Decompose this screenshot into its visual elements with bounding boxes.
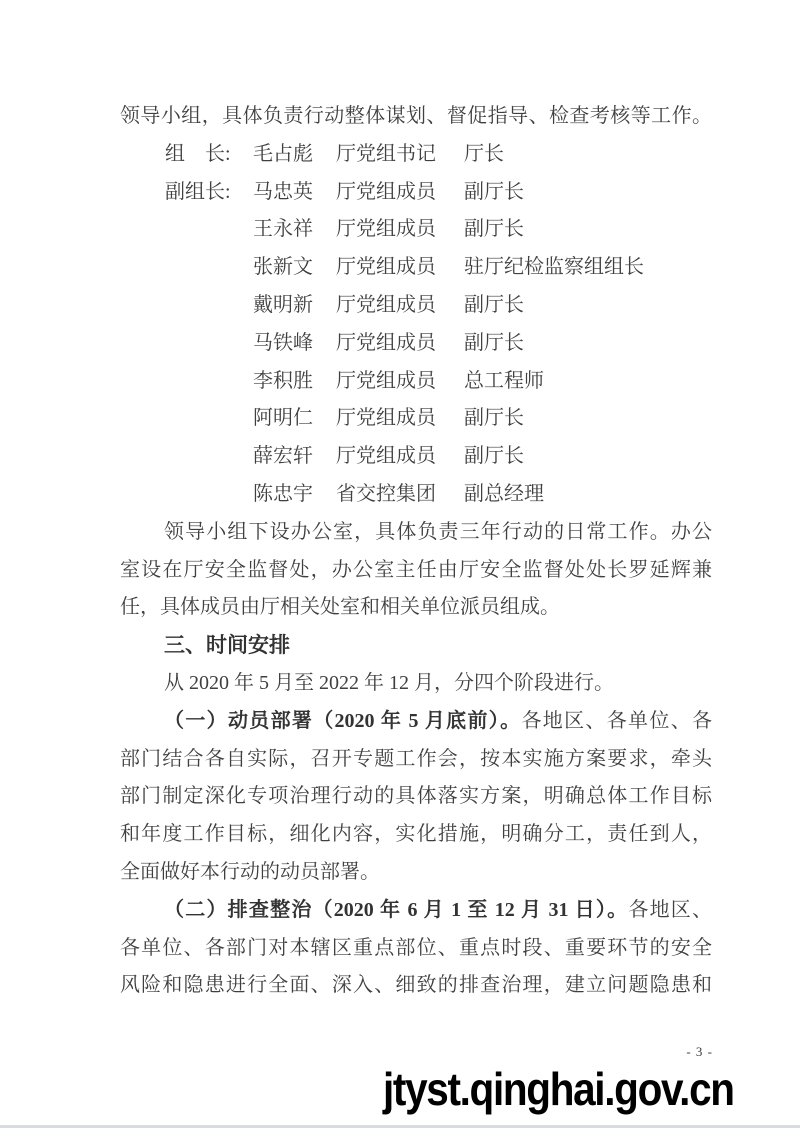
roster-org: 厅党组成员 [336, 174, 464, 212]
roster-org: 厅党组书记 [336, 136, 464, 174]
paragraph-intro-line: 领导小组，具体负责行动整体谋划、督促指导、检查考核等工作。 [120, 98, 712, 136]
roster-name: 张新文 [253, 249, 336, 287]
roster-title: 总工程师 [464, 363, 544, 401]
office-paragraph-line: 室设在厅安全监督处，办公室主任由厅安全监督处处长罗延辉兼 [120, 552, 712, 590]
roster-name: 李积胜 [253, 363, 336, 401]
phase1-line: 部门结合各自实际，召开专题工作会，按本实施方案要求，牵头 [120, 741, 712, 779]
roster-role: 副组长: [165, 174, 253, 212]
roster-name: 戴明新 [253, 287, 336, 325]
site-watermark: jtyst.qinghai.gov.cn [383, 1062, 734, 1116]
roster-name: 马忠英 [253, 174, 336, 212]
roster-row: 薛宏轩厅党组成员副厅长 [120, 438, 712, 476]
roster-org: 厅党组成员 [336, 400, 464, 438]
document-page: 领导小组，具体负责行动整体谋划、督促指导、检查考核等工作。 组 长:毛占彪厅党组… [0, 0, 800, 1131]
roster-row: 陈忠宇省交控集团副总经理 [120, 476, 712, 514]
roster-row: 戴明新厅党组成员副厅长 [120, 287, 712, 325]
roster-title: 厅长 [464, 136, 504, 174]
page-bottom-edge [0, 1125, 800, 1128]
phase2-lead: （二）排查整治（2020 年 6 月 1 至 12 月 31 日）。 [164, 899, 628, 921]
roster-title: 副总经理 [464, 476, 544, 514]
roster-title: 副厅长 [464, 400, 524, 438]
roster-org: 厅党组成员 [336, 249, 464, 287]
roster-name: 王永祥 [253, 211, 336, 249]
phase1-line: （一）动员部署（2020 年 5 月底前）。各地区、各单位、各 [120, 703, 712, 741]
document-body: 领导小组，具体负责行动整体谋划、督促指导、检查考核等工作。 组 长:毛占彪厅党组… [120, 98, 712, 1005]
phase2-rest: 各地区、 [628, 899, 712, 921]
roster-name: 陈忠宇 [253, 476, 336, 514]
roster-org: 厅党组成员 [336, 211, 464, 249]
phase1-line: 全面做好本行动的动员部署。 [120, 854, 712, 892]
roster-title: 副厅长 [464, 211, 524, 249]
overview-line: 从 2020 年 5 月至 2022 年 12 月，分四个阶段进行。 [120, 665, 712, 703]
roster-org: 厅党组成员 [336, 438, 464, 476]
roster-org: 厅党组成员 [336, 363, 464, 401]
roster-name: 阿明仁 [253, 400, 336, 438]
office-paragraph-line: 任，具体成员由厅相关处室和相关单位派员组成。 [120, 589, 712, 627]
roster-row-leader: 组 长:毛占彪厅党组书记厅长 [120, 136, 712, 174]
roster-name: 毛占彪 [253, 136, 336, 174]
phase2-line: （二）排查整治（2020 年 6 月 1 至 12 月 31 日）。各地区、 [120, 892, 712, 930]
phase1-lead: （一）动员部署（2020 年 5 月底前）。 [164, 710, 521, 732]
section-heading: 三、时间安排 [120, 627, 712, 665]
roster-org: 厅党组成员 [336, 287, 464, 325]
roster-row: 马铁峰厅党组成员副厅长 [120, 325, 712, 363]
page-number: - 3 - [686, 1044, 713, 1060]
roster-org: 省交控集团 [336, 476, 464, 514]
phase1-line: 和年度工作目标，细化内容，实化措施，明确分工，责任到人， [120, 816, 712, 854]
roster-title: 副厅长 [464, 325, 524, 363]
roster-row: 张新文厅党组成员驻厅纪检监察组组长 [120, 249, 712, 287]
roster-role: 组 长: [165, 136, 253, 174]
roster-title: 驻厅纪检监察组组长 [464, 249, 644, 287]
phase1-rest: 各地区、各单位、各 [521, 710, 712, 732]
phase1-line: 部门制定深化专项治理行动的具体落实方案，明确总体工作目标 [120, 778, 712, 816]
roster-title: 副厅长 [464, 287, 524, 325]
roster-row: 李积胜厅党组成员总工程师 [120, 363, 712, 401]
office-paragraph-line: 领导小组下设办公室，具体负责三年行动的日常工作。办公 [120, 514, 712, 552]
roster-name: 马铁峰 [253, 325, 336, 363]
roster-row: 王永祥厅党组成员副厅长 [120, 211, 712, 249]
roster-org: 厅党组成员 [336, 325, 464, 363]
roster-title: 副厅长 [464, 438, 524, 476]
roster-title: 副厅长 [464, 174, 524, 212]
roster-name: 薛宏轩 [253, 438, 336, 476]
roster-row: 阿明仁厅党组成员副厅长 [120, 400, 712, 438]
roster-row-deputy: 副组长:马忠英厅党组成员副厅长 [120, 174, 712, 212]
phase2-line: 各单位、各部门对本辖区重点部位、重点时段、重要环节的安全 [120, 930, 712, 968]
phase2-line: 风险和隐患进行全面、深入、细致的排查治理，建立问题隐患和 [120, 967, 712, 1005]
